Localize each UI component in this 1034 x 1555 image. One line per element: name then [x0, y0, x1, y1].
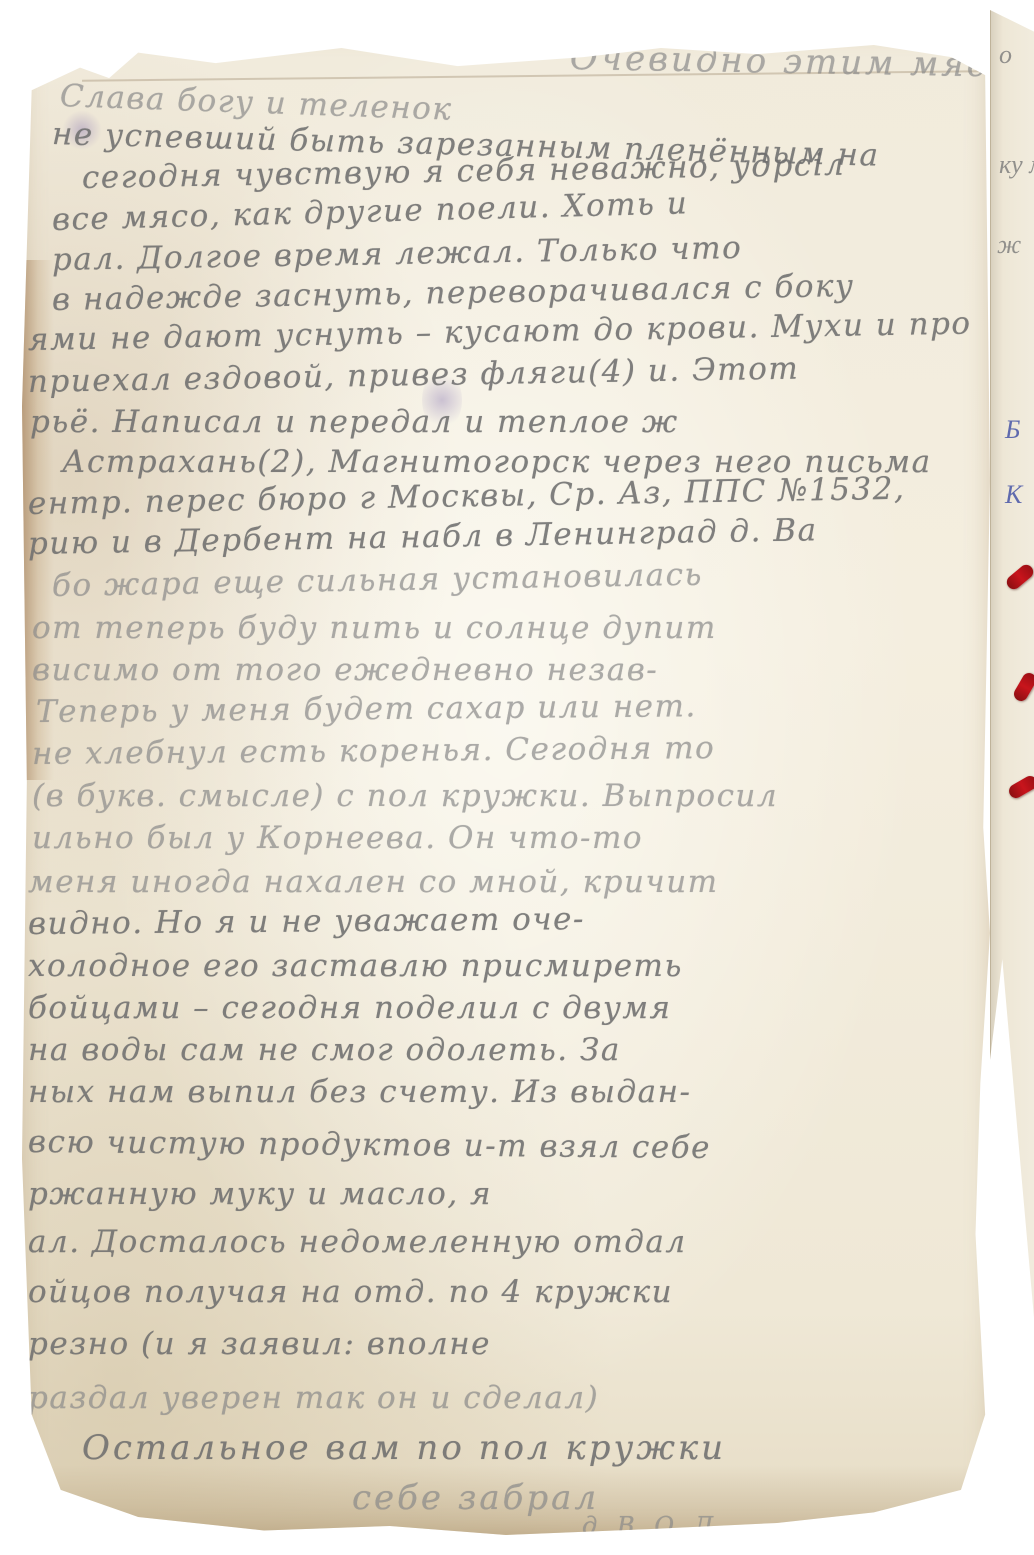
- adjacent-page-fragment: ку м: [999, 150, 1034, 180]
- handwritten-line: не хлебнул есть коренья. Сегодня то: [32, 730, 716, 772]
- handwritten-line: бойцами – сегодня поделил с двумя: [28, 990, 672, 1026]
- handwritten-line: (в букв. смысле) с пол кружки. Выпросил: [32, 778, 778, 814]
- handwritten-line: раздал уверен так он и сделал): [28, 1380, 599, 1416]
- adjacent-page-ink-fragment: К: [1005, 480, 1022, 510]
- handwritten-line: ал. Досталось недомеленную отдал: [28, 1224, 687, 1260]
- handwritten-line: Очевидно этим мясом: [570, 38, 1034, 86]
- diary-page: Очевидно этим мясом Слава богу и теленок…: [22, 30, 990, 1535]
- handwritten-line: видно. Но я и не уважает оче-: [28, 901, 585, 942]
- handwritten-line: приехал ездовой, привез фляги(4) и. Этот: [28, 351, 800, 400]
- adjacent-page-fragment: ж: [997, 230, 1021, 260]
- handwritten-line: резно (и я заявил: вполне: [28, 1326, 491, 1362]
- handwritten-line: ойцов получая на отд. по 4 кружки: [28, 1274, 673, 1310]
- adjacent-page-ink-fragment: Б: [1005, 415, 1020, 445]
- handwritten-line: от теперь буду пить и солнце дупит: [32, 610, 717, 646]
- handwritten-line: меня иногда нахален со мной, кричит: [28, 864, 719, 900]
- adjacent-page-fragment: о: [999, 40, 1012, 70]
- adjacent-page-edge: о ку м ж Б К: [990, 10, 1034, 1510]
- handwritten-line: ных нам выпил без счету. Из выдан-: [28, 1074, 692, 1110]
- handwritten-signature: д. В. О. Д.: [582, 1512, 724, 1540]
- handwritten-line: на воды сам не смог одолеть. За: [28, 1032, 621, 1068]
- handwritten-line: ржанную муку и масло, я: [28, 1176, 492, 1212]
- handwritten-line: рьё. Написал и передал и теплое ж: [30, 404, 679, 440]
- handwritten-line: всю чистую продуктов и-т взял себе: [28, 1124, 711, 1166]
- handwritten-line: себе забрал: [352, 1478, 599, 1518]
- handwritten-line: Теперь у меня будет сахар или нет.: [36, 688, 697, 730]
- handwritten-line: холодное его заставлю присмиреть: [28, 948, 683, 984]
- handwritten-line: висимо от того ежедневно незав-: [32, 652, 658, 688]
- handwritten-line: ильно был у Корнеева. Он что-то: [32, 820, 643, 856]
- handwritten-line: бо жара еще сильная установилась: [52, 557, 703, 604]
- handwritten-line: Остальное вам по пол кружки: [82, 1428, 726, 1468]
